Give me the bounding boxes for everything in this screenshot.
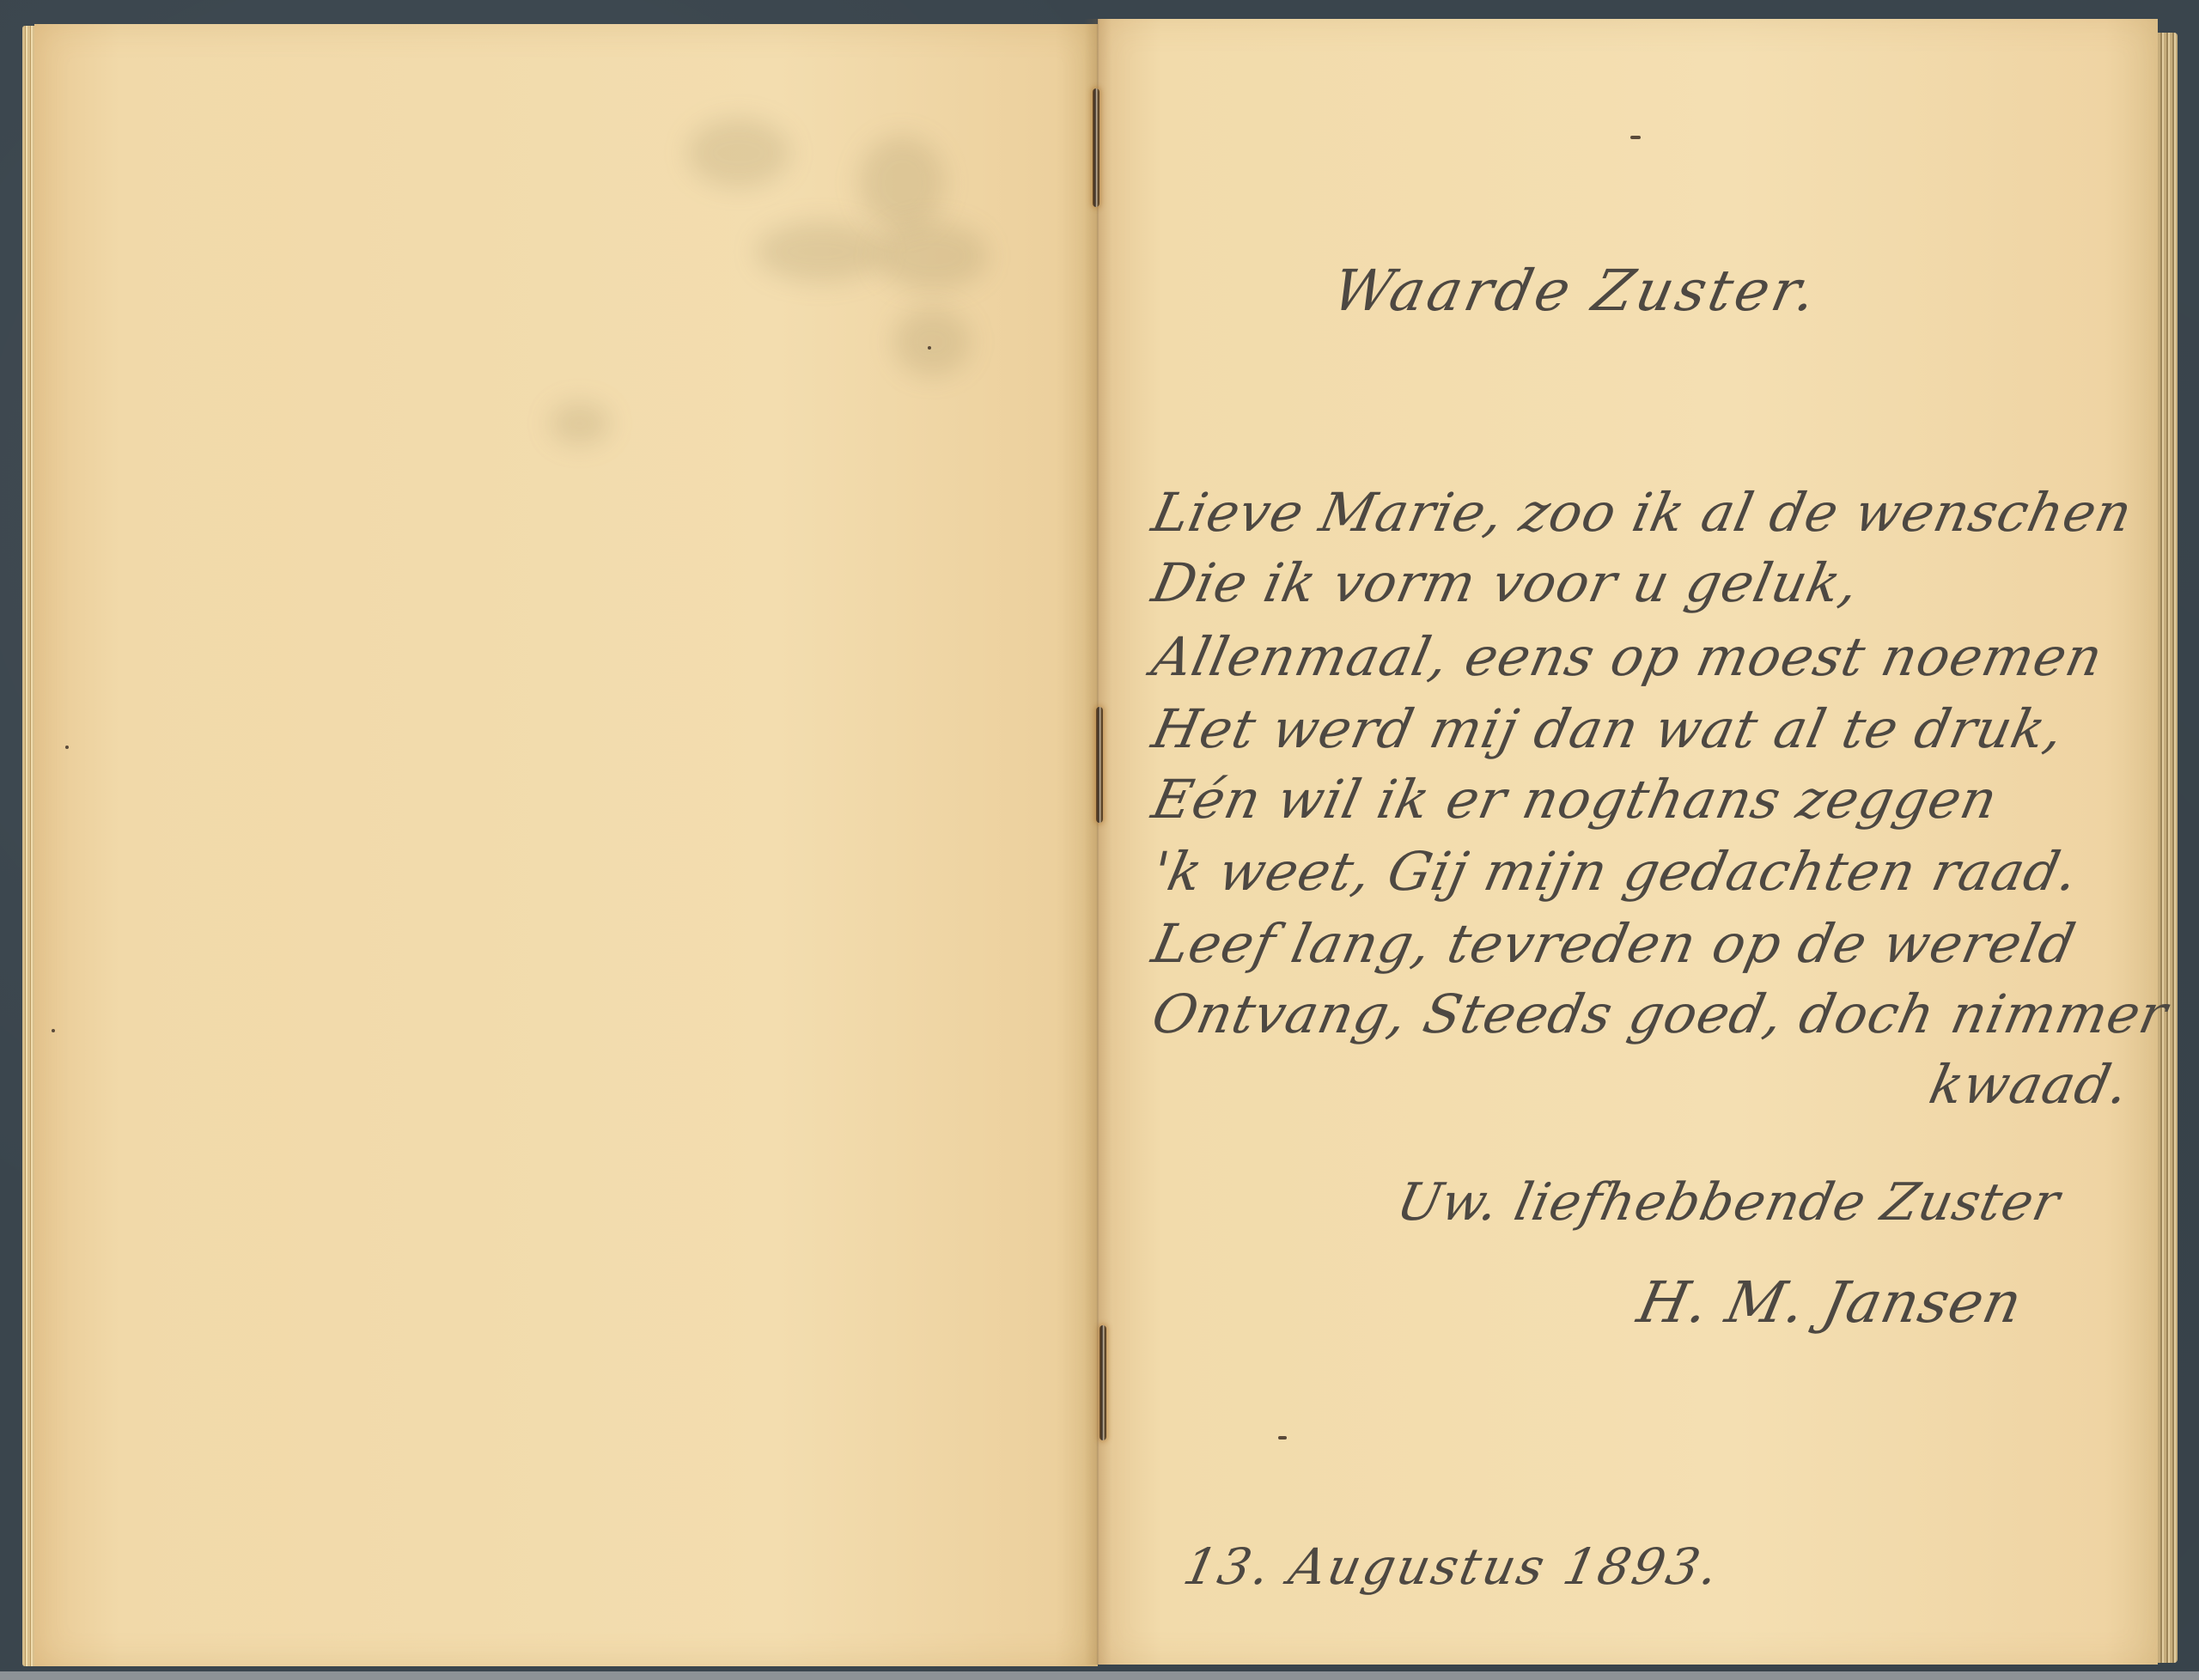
staple-top xyxy=(1093,88,1099,207)
ink-mark xyxy=(1278,1436,1287,1440)
leaf-stain xyxy=(859,136,945,230)
leaf-stain xyxy=(687,119,790,187)
leaf-stain xyxy=(893,307,971,376)
poem-line: 'k weet, Gij mijn gedachten raad. xyxy=(1147,840,2084,903)
book-spine xyxy=(1084,19,1112,1665)
poem-line: Ontvang, Steeds goed, doch nimmer xyxy=(1147,983,2173,1045)
poem-line: Allenmaal, eens op moest noemen xyxy=(1147,625,2109,688)
poem-line: Lieve Marie, zoo ik al de wenschen xyxy=(1147,481,2138,544)
leaf-stain xyxy=(876,222,988,290)
poem-line: Eén wil ik er nogthans zeggen xyxy=(1147,768,2003,831)
letter-title: Waarde Zuster. xyxy=(1327,258,1825,324)
speck xyxy=(928,346,931,350)
stain xyxy=(550,402,610,445)
left-page xyxy=(34,24,1098,1666)
poem-line: Het werd mij dan wat al te druk, xyxy=(1147,697,2070,760)
letter-date: 13. Augustus 1893. xyxy=(1179,1537,1727,1596)
poem-line: Leef lang, tevreden op de wereld xyxy=(1147,912,2081,975)
speck xyxy=(65,746,69,749)
scan-bottom-strip xyxy=(0,1671,2199,1680)
staple-middle xyxy=(1096,707,1103,823)
ink-mark xyxy=(1630,136,1641,139)
letter-closing: Uw. liefhebbende Zuster xyxy=(1392,1172,2065,1233)
staple-bottom xyxy=(1099,1325,1106,1440)
speck xyxy=(52,1029,55,1032)
poem-line: Die ik vorm voor u geluk, xyxy=(1147,551,1865,614)
leaf-stain xyxy=(756,222,885,282)
letter-signature: H. M. Jansen xyxy=(1632,1269,2028,1336)
poem-line: kwaad. xyxy=(1924,1053,2135,1116)
